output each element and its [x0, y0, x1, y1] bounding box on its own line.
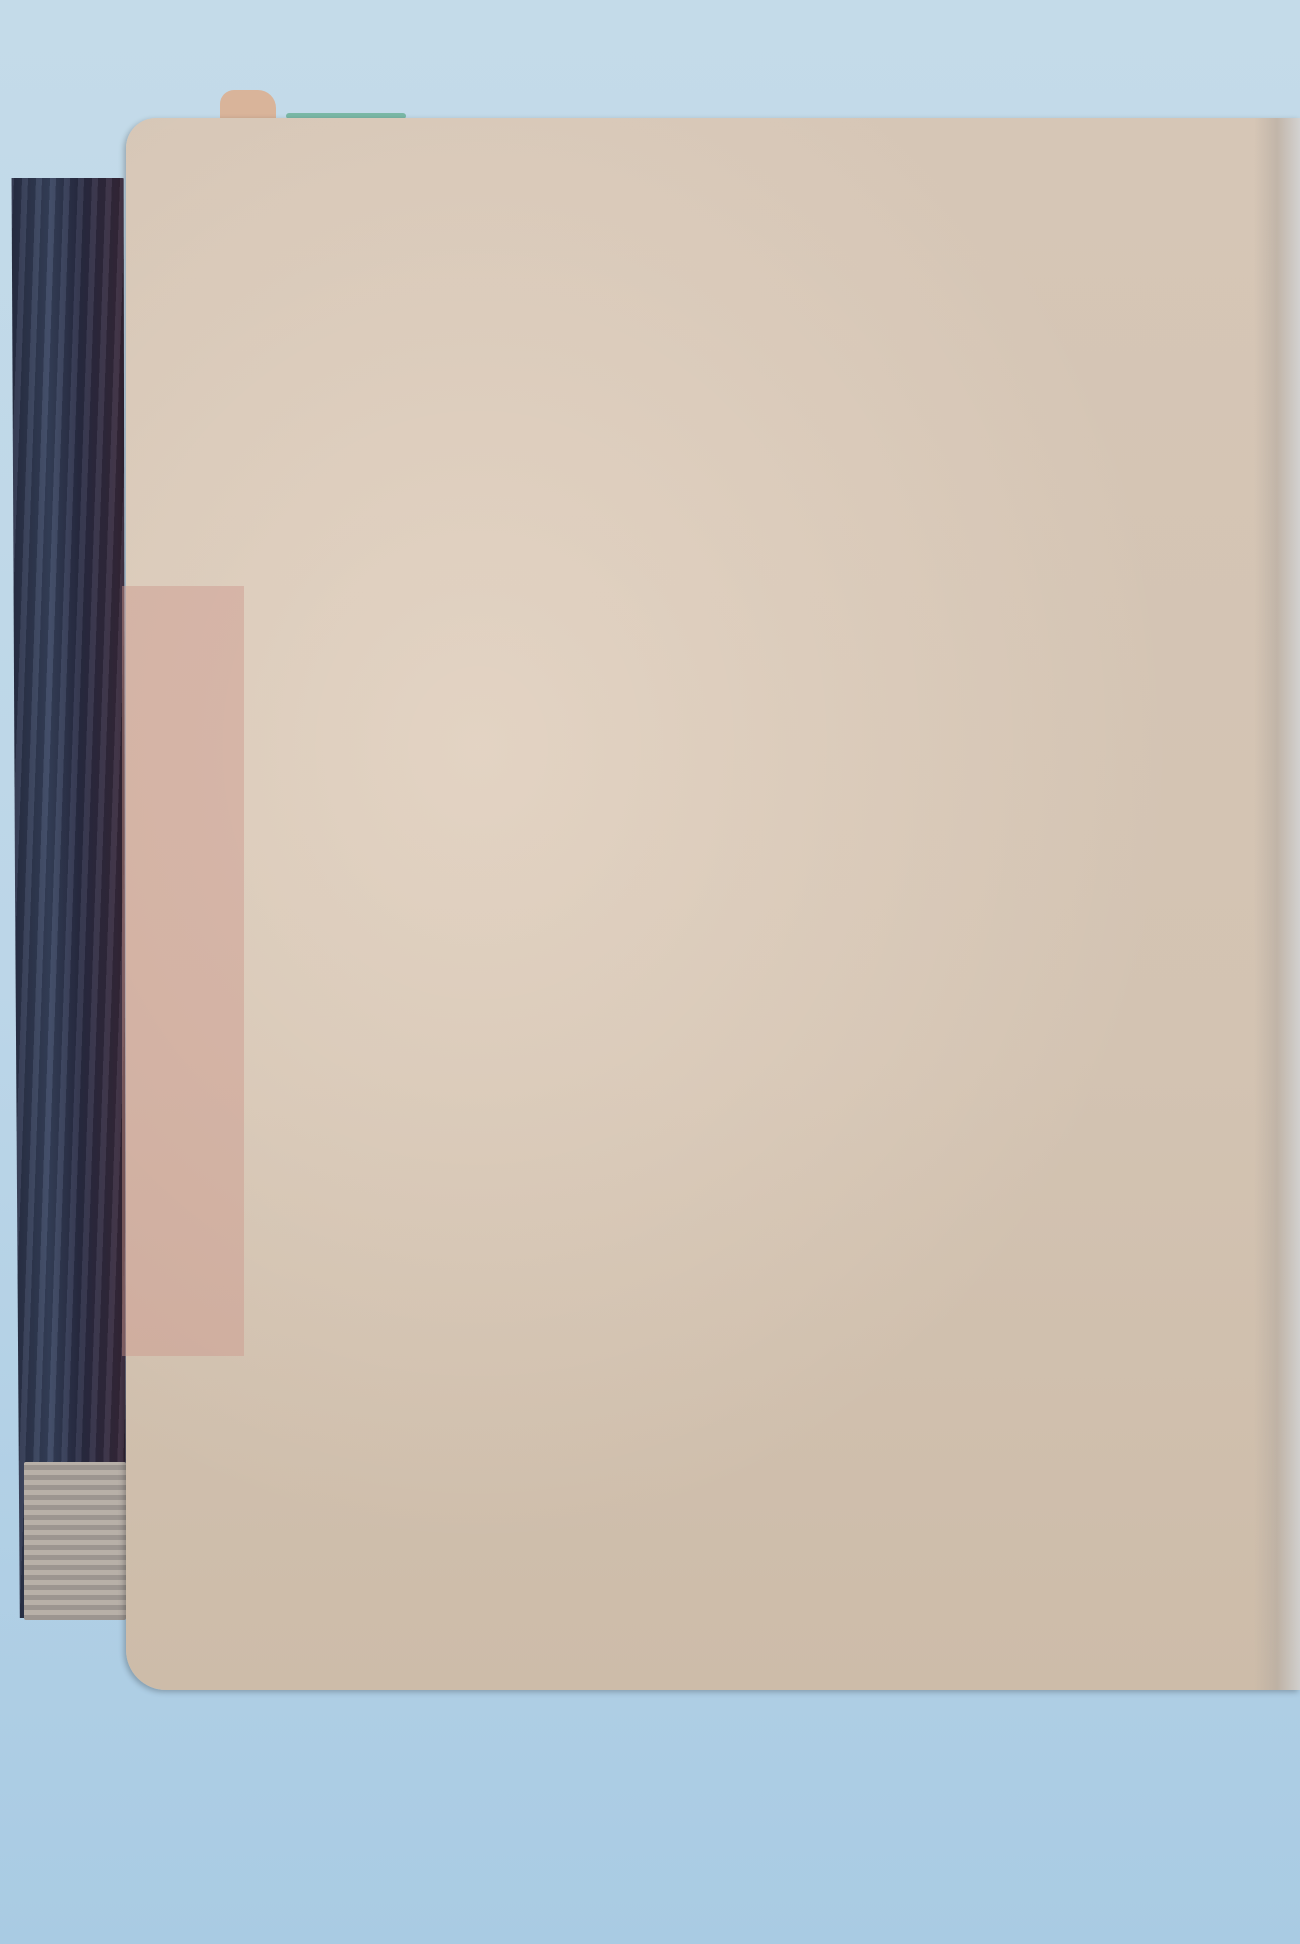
watermark-vertical: [122, 586, 244, 1356]
